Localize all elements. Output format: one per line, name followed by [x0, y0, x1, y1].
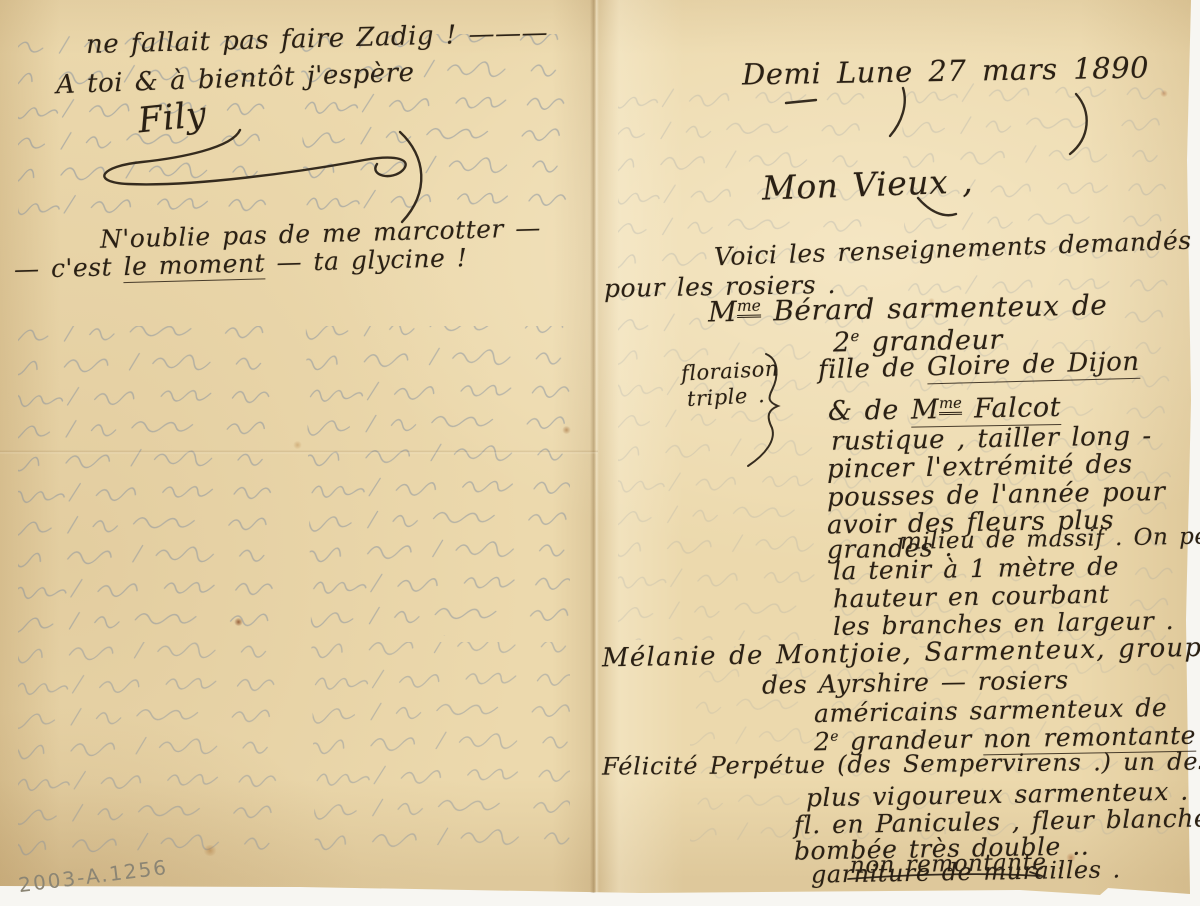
- fille-de-gloire-line: fille de Gloire de Dijon: [818, 349, 1140, 385]
- letter-scan: ne fallait pas faire Zadig ! ——— A toi &…: [0, 0, 1200, 906]
- fold-crease-vertical: [590, 0, 599, 893]
- falcot-name: Falcot: [962, 392, 1061, 425]
- falcot-superscript: me: [939, 394, 962, 415]
- rose-berard-title: Mme Bérard sarmenteux de: [708, 291, 1108, 327]
- fille-pre: fille de: [818, 352, 928, 385]
- berard-superscript: me: [737, 296, 761, 317]
- berard-initial: M: [708, 295, 738, 329]
- line-non-remontante-final: non remontante .: [850, 850, 1065, 878]
- margin-note-line-2: triple .: [686, 384, 765, 410]
- dateline: Demi Lune 27 mars 1890: [742, 52, 1150, 90]
- fold-crease-horizontal: [0, 450, 598, 454]
- line-felicite: Félicité Perpétue (des Sempervirens .) u…: [602, 749, 1200, 780]
- margin-note-line-1: floraison: [680, 357, 779, 384]
- postscript-post: — ta glycine !: [265, 243, 468, 277]
- postscript-underlined: le moment: [123, 248, 265, 283]
- postscript-pre: — c'est: [14, 252, 124, 284]
- falcot-line: & de Mme Falcot: [828, 394, 1061, 426]
- berard-rest: Bérard sarmenteux de: [761, 289, 1108, 328]
- signature: Fily: [136, 97, 208, 141]
- line-ayrshire: des Ayrshire — rosiers: [762, 667, 1069, 699]
- falcot-pre: & de: [828, 395, 911, 427]
- line-milieu: milieu de massif . On peut: [900, 524, 1200, 554]
- falcot-initial: M: [911, 394, 940, 425]
- gloire-de-dijon-underlined: Gloire de Dijon: [927, 347, 1140, 385]
- grandeur2-superscript: e: [830, 729, 838, 745]
- salutation: Mon Vieux ,: [761, 164, 973, 206]
